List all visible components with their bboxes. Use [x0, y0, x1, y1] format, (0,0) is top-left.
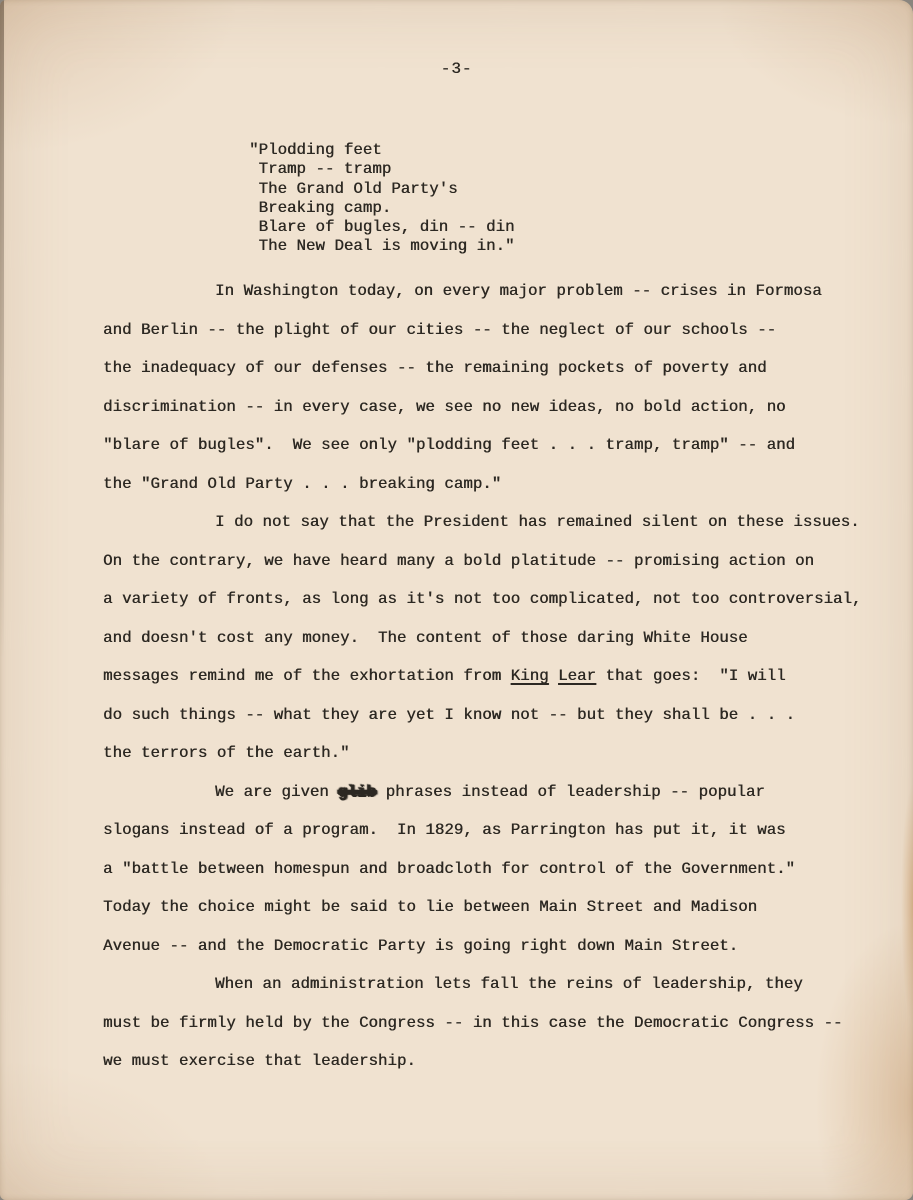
text-line: I do not say that the President has rema… — [103, 503, 893, 542]
text-line: slogans instead of a program. In 1829, a… — [103, 811, 893, 850]
text-line: the terrors of the earth." — [103, 734, 893, 773]
text-segment: must be firmly held by the Congress -- i… — [103, 1014, 842, 1032]
text-segment: a variety of fronts, as long as it's not… — [103, 590, 861, 608]
page-number: -3- — [0, 60, 913, 78]
paper-edge-shadow — [0, 0, 4, 660]
poem: "Plodding feet Tramp -- tramp The Grand … — [249, 141, 514, 257]
strike-text: glib — [338, 783, 376, 801]
text-segment: the "Grand Old Party . . . breaking camp… — [103, 475, 501, 493]
text-line: messages remind me of the exhortation fr… — [103, 657, 893, 696]
text-line: discrimination -- in every case, we see … — [103, 388, 893, 427]
text-segment: messages remind me of the exhortation fr… — [103, 667, 511, 685]
poem-line: "Plodding feet — [249, 141, 514, 160]
text-segment: Today the choice might be said to lie be… — [103, 898, 757, 916]
text-segment: that goes: "I will — [596, 667, 786, 685]
text-line: We are given glib phrases instead of lea… — [103, 773, 893, 812]
text-segment: When an administration lets fall the rei… — [215, 975, 803, 993]
text-line: and doesn't cost any money. The content … — [103, 619, 893, 658]
text-line: a variety of fronts, as long as it's not… — [103, 580, 893, 619]
text-line: must be firmly held by the Congress -- i… — [103, 1004, 893, 1043]
text-segment: do such things -- what they are yet I kn… — [103, 706, 795, 724]
text-line: Today the choice might be said to lie be… — [103, 888, 893, 927]
text-segment: On the contrary, we have heard many a bo… — [103, 552, 814, 570]
text-segment: the inadequacy of our defenses -- the re… — [103, 359, 767, 377]
poem-line: The New Deal is moving in." — [249, 237, 514, 256]
underline-text: Lear — [558, 667, 596, 685]
poem-line: The Grand Old Party's — [249, 180, 514, 199]
text-segment: "blare of bugles". We see only "plodding… — [103, 436, 795, 454]
text-segment: discrimination -- in every case, we see … — [103, 398, 786, 416]
text-line: In Washington today, on every major prob… — [103, 272, 893, 311]
body-text: In Washington today, on every major prob… — [103, 272, 893, 1081]
poem-line: Breaking camp. — [249, 199, 514, 218]
paper-stain — [895, 744, 913, 1064]
text-segment: and Berlin -- the plight of our cities -… — [103, 321, 776, 339]
text-line: When an administration lets fall the rei… — [103, 965, 893, 1004]
text-line: a "battle between homespun and broadclot… — [103, 850, 893, 889]
text-segment: In Washington today, on every major prob… — [215, 282, 822, 300]
text-line: the "Grand Old Party . . . breaking camp… — [103, 465, 893, 504]
text-segment: I do not say that the President has rema… — [215, 513, 860, 531]
text-segment: Avenue -- and the Democratic Party is go… — [103, 937, 738, 955]
document-page: -3- "Plodding feet Tramp -- tramp The Gr… — [0, 0, 913, 1200]
text-line: and Berlin -- the plight of our cities -… — [103, 311, 893, 350]
text-segment — [549, 667, 558, 685]
text-segment: phrases instead of leadership -- popular — [376, 783, 765, 801]
text-segment: we must exercise that leadership. — [103, 1052, 416, 1070]
text-segment: the terrors of the earth." — [103, 744, 349, 762]
poem-line: Tramp -- tramp — [249, 160, 514, 179]
text-segment: and doesn't cost any money. The content … — [103, 629, 748, 647]
underline-text: King — [511, 667, 549, 685]
text-line: On the contrary, we have heard many a bo… — [103, 542, 893, 581]
text-line: the inadequacy of our defenses -- the re… — [103, 349, 893, 388]
poem-line: Blare of bugles, din -- din — [249, 218, 514, 237]
text-segment: slogans instead of a program. In 1829, a… — [103, 821, 786, 839]
text-line: we must exercise that leadership. — [103, 1042, 893, 1081]
text-line: "blare of bugles". We see only "plodding… — [103, 426, 893, 465]
text-line: Avenue -- and the Democratic Party is go… — [103, 927, 893, 966]
text-segment: We are given — [215, 783, 338, 801]
text-segment: a "battle between homespun and broadclot… — [103, 860, 795, 878]
text-line: do such things -- what they are yet I kn… — [103, 696, 893, 735]
